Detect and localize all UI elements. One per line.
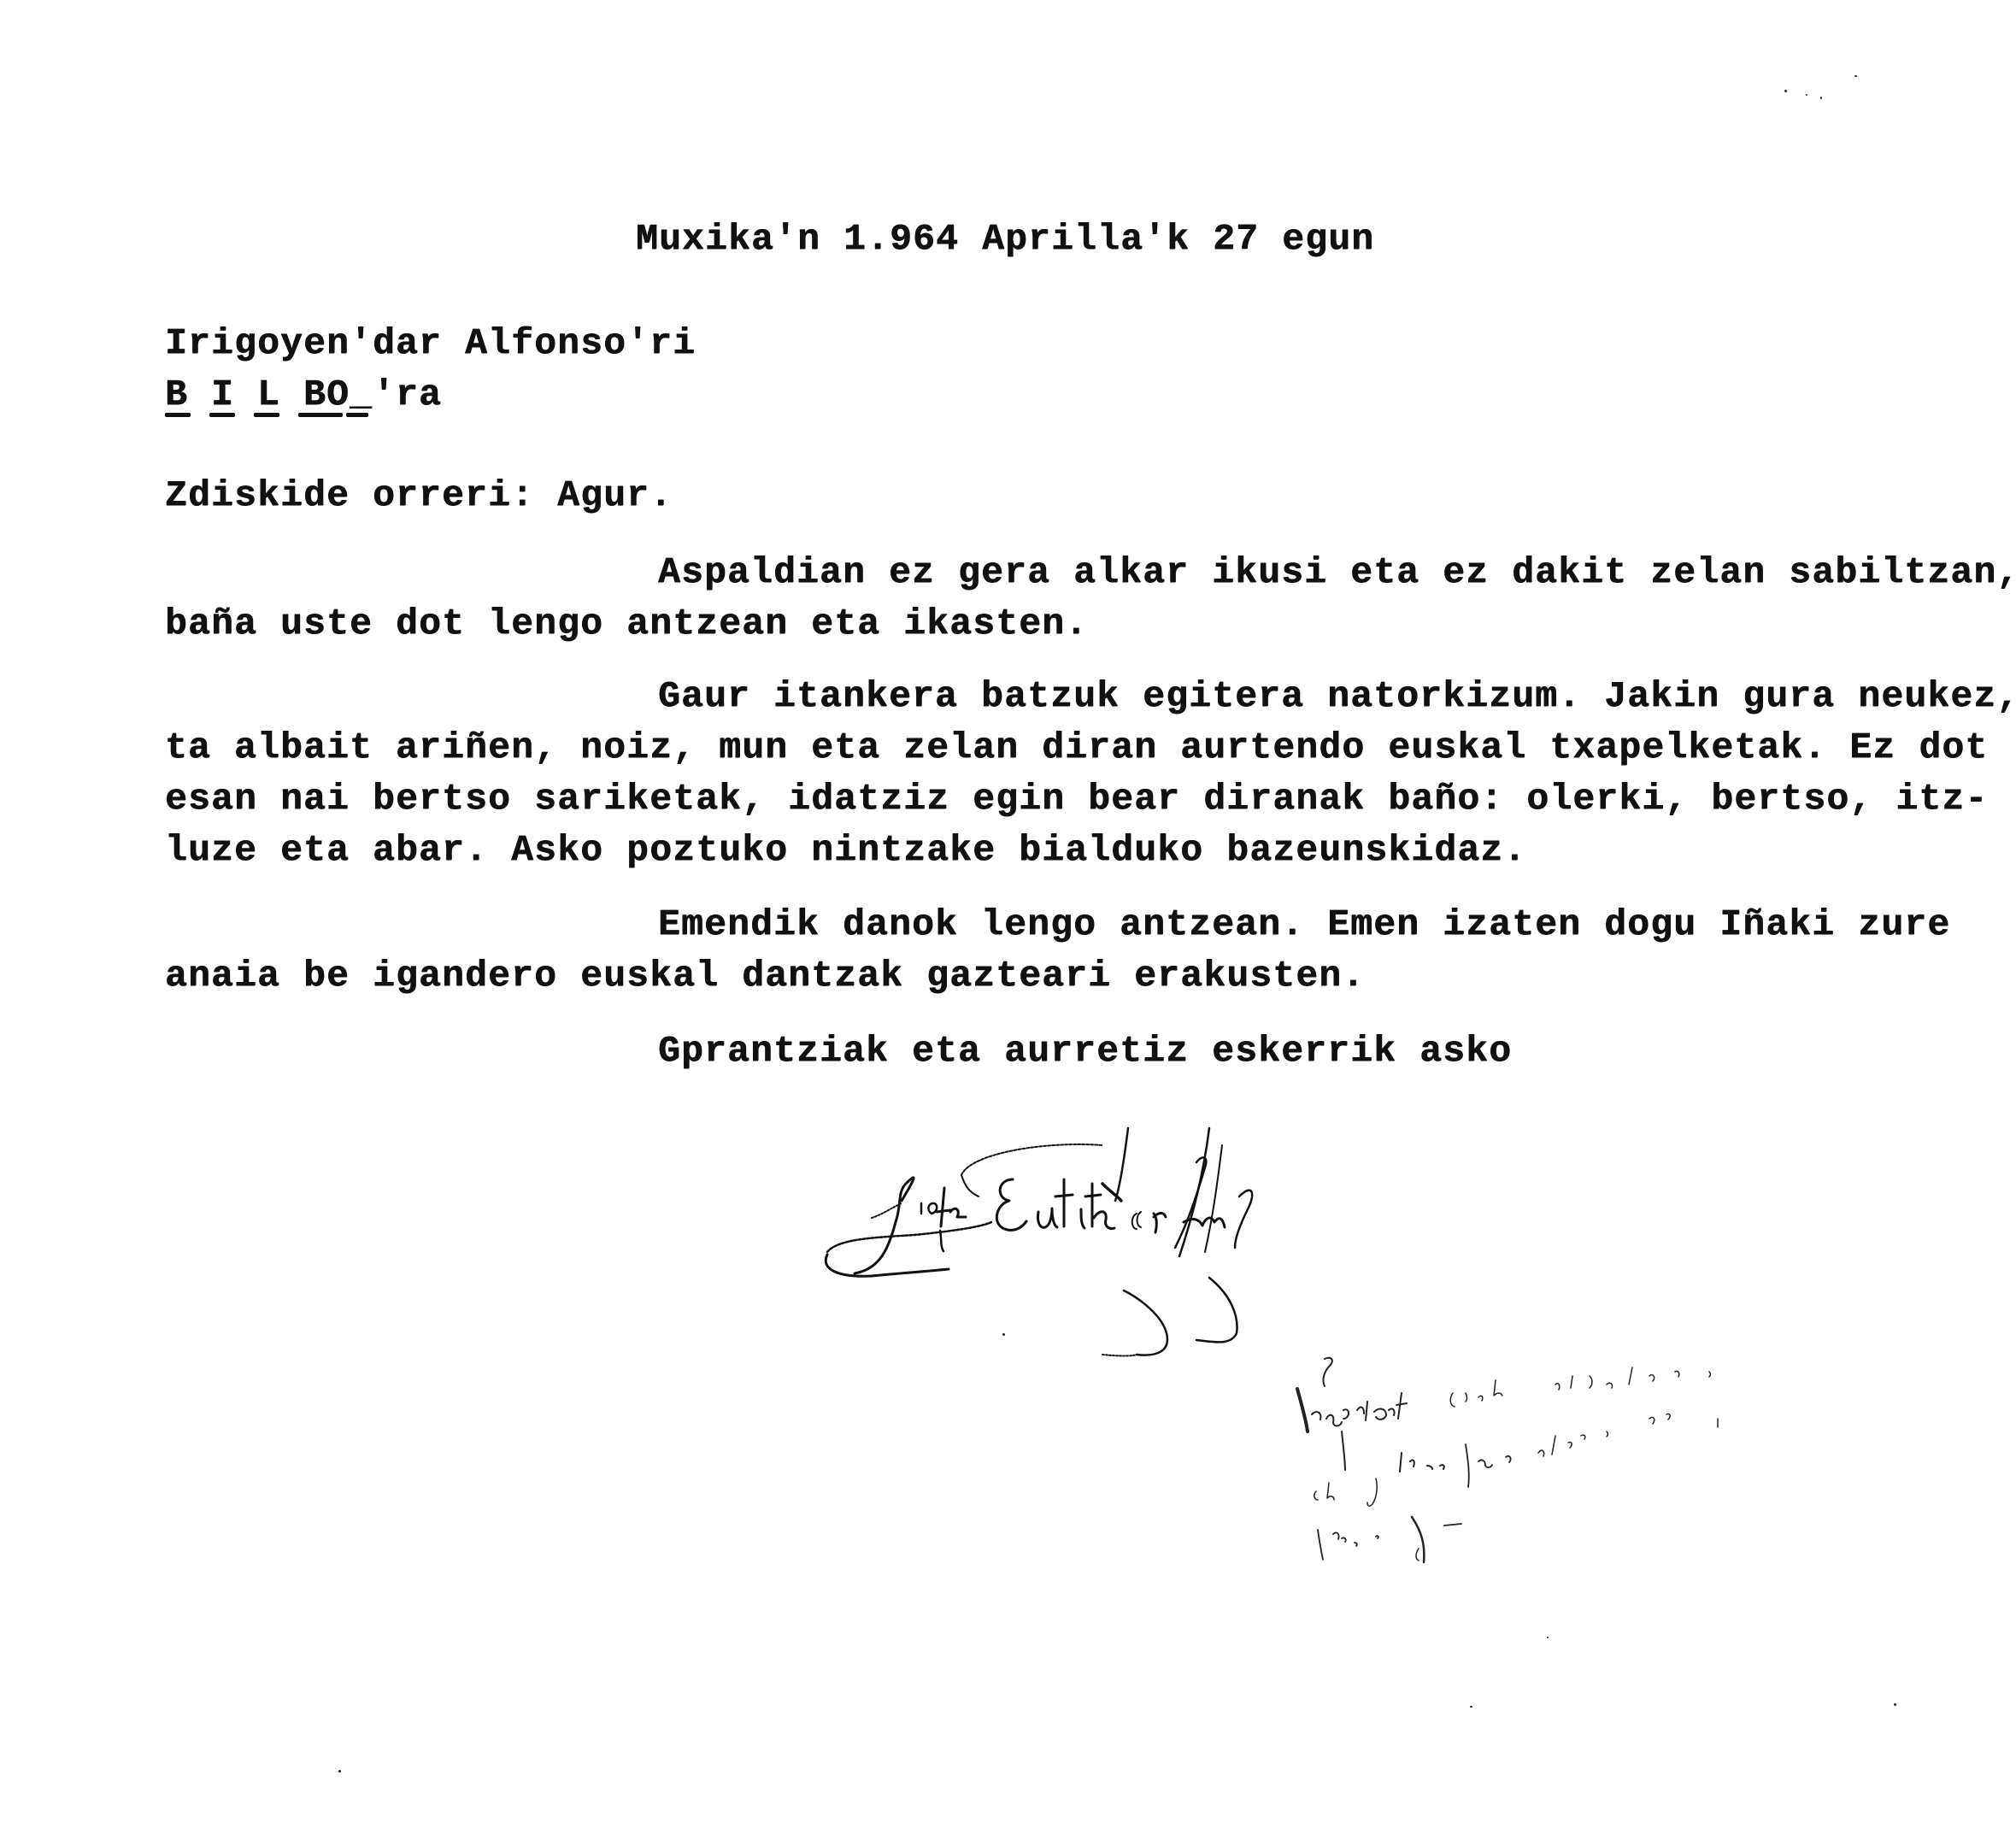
city-underline-blank [346,413,368,417]
handwritten-signature: Ibiñaz Eutuita'tar Abel [820,1111,1966,1367]
paragraph-1-line-2: baña uste dot lengo antzean eta ikasten. [165,598,1088,650]
city-underline-b [165,413,191,417]
city-underline-l [254,413,279,417]
scan-speck [1820,97,1822,99]
paragraph-3-line-1: Emendik danok lengo antzean. Emen izaten… [658,899,1950,950]
scan-speck [1547,1637,1549,1638]
closing-line: Gprantziak eta aurretiz eskerrik asko [658,1026,1512,1077]
scan-speck [1894,1703,1896,1706]
scan-speck [1470,1706,1472,1708]
recipient-name: Irigoyen'dar Alfonso'ri [165,318,696,369]
salutation: Zdiskide orreri: Agur. [165,470,673,521]
city-underline-bo [298,413,343,417]
letter-page: Muxika'n 1.964 Aprilla'k 27 egun Irigoye… [0,0,2016,1846]
paragraph-2-line-2: ta albait ariñen, noiz, mun eta zelan di… [165,722,1988,773]
paragraph-2-line-3: esan nai bertso sariketak, idatziz egin … [165,773,1988,825]
paragraph-2-line-4: luze eta abar. Asko poztuko nintzake bia… [165,825,1526,876]
paragraph-1-line-1: Aspaldian ez gera alkar ikusi eta ez dak… [658,547,2016,598]
handwritten-note: Papeldat ... eta jakin gura ... (illegib… [1282,1350,1966,1590]
scan-speck [338,1770,341,1773]
scan-speck [1806,94,1807,96]
paragraph-2-line-1: Gaur itankera batzuk egitera natorkizum.… [658,671,2016,722]
scan-speck [1002,1333,1005,1336]
scan-speck [1784,90,1787,92]
dateline: Muxika'n 1.964 Aprilla'k 27 egun [636,214,1374,265]
city-underline-i [209,413,235,417]
scan-speck [1854,75,1857,77]
paragraph-3-line-2: anaia be igandero euskal dantzak gaztear… [165,950,1365,1002]
